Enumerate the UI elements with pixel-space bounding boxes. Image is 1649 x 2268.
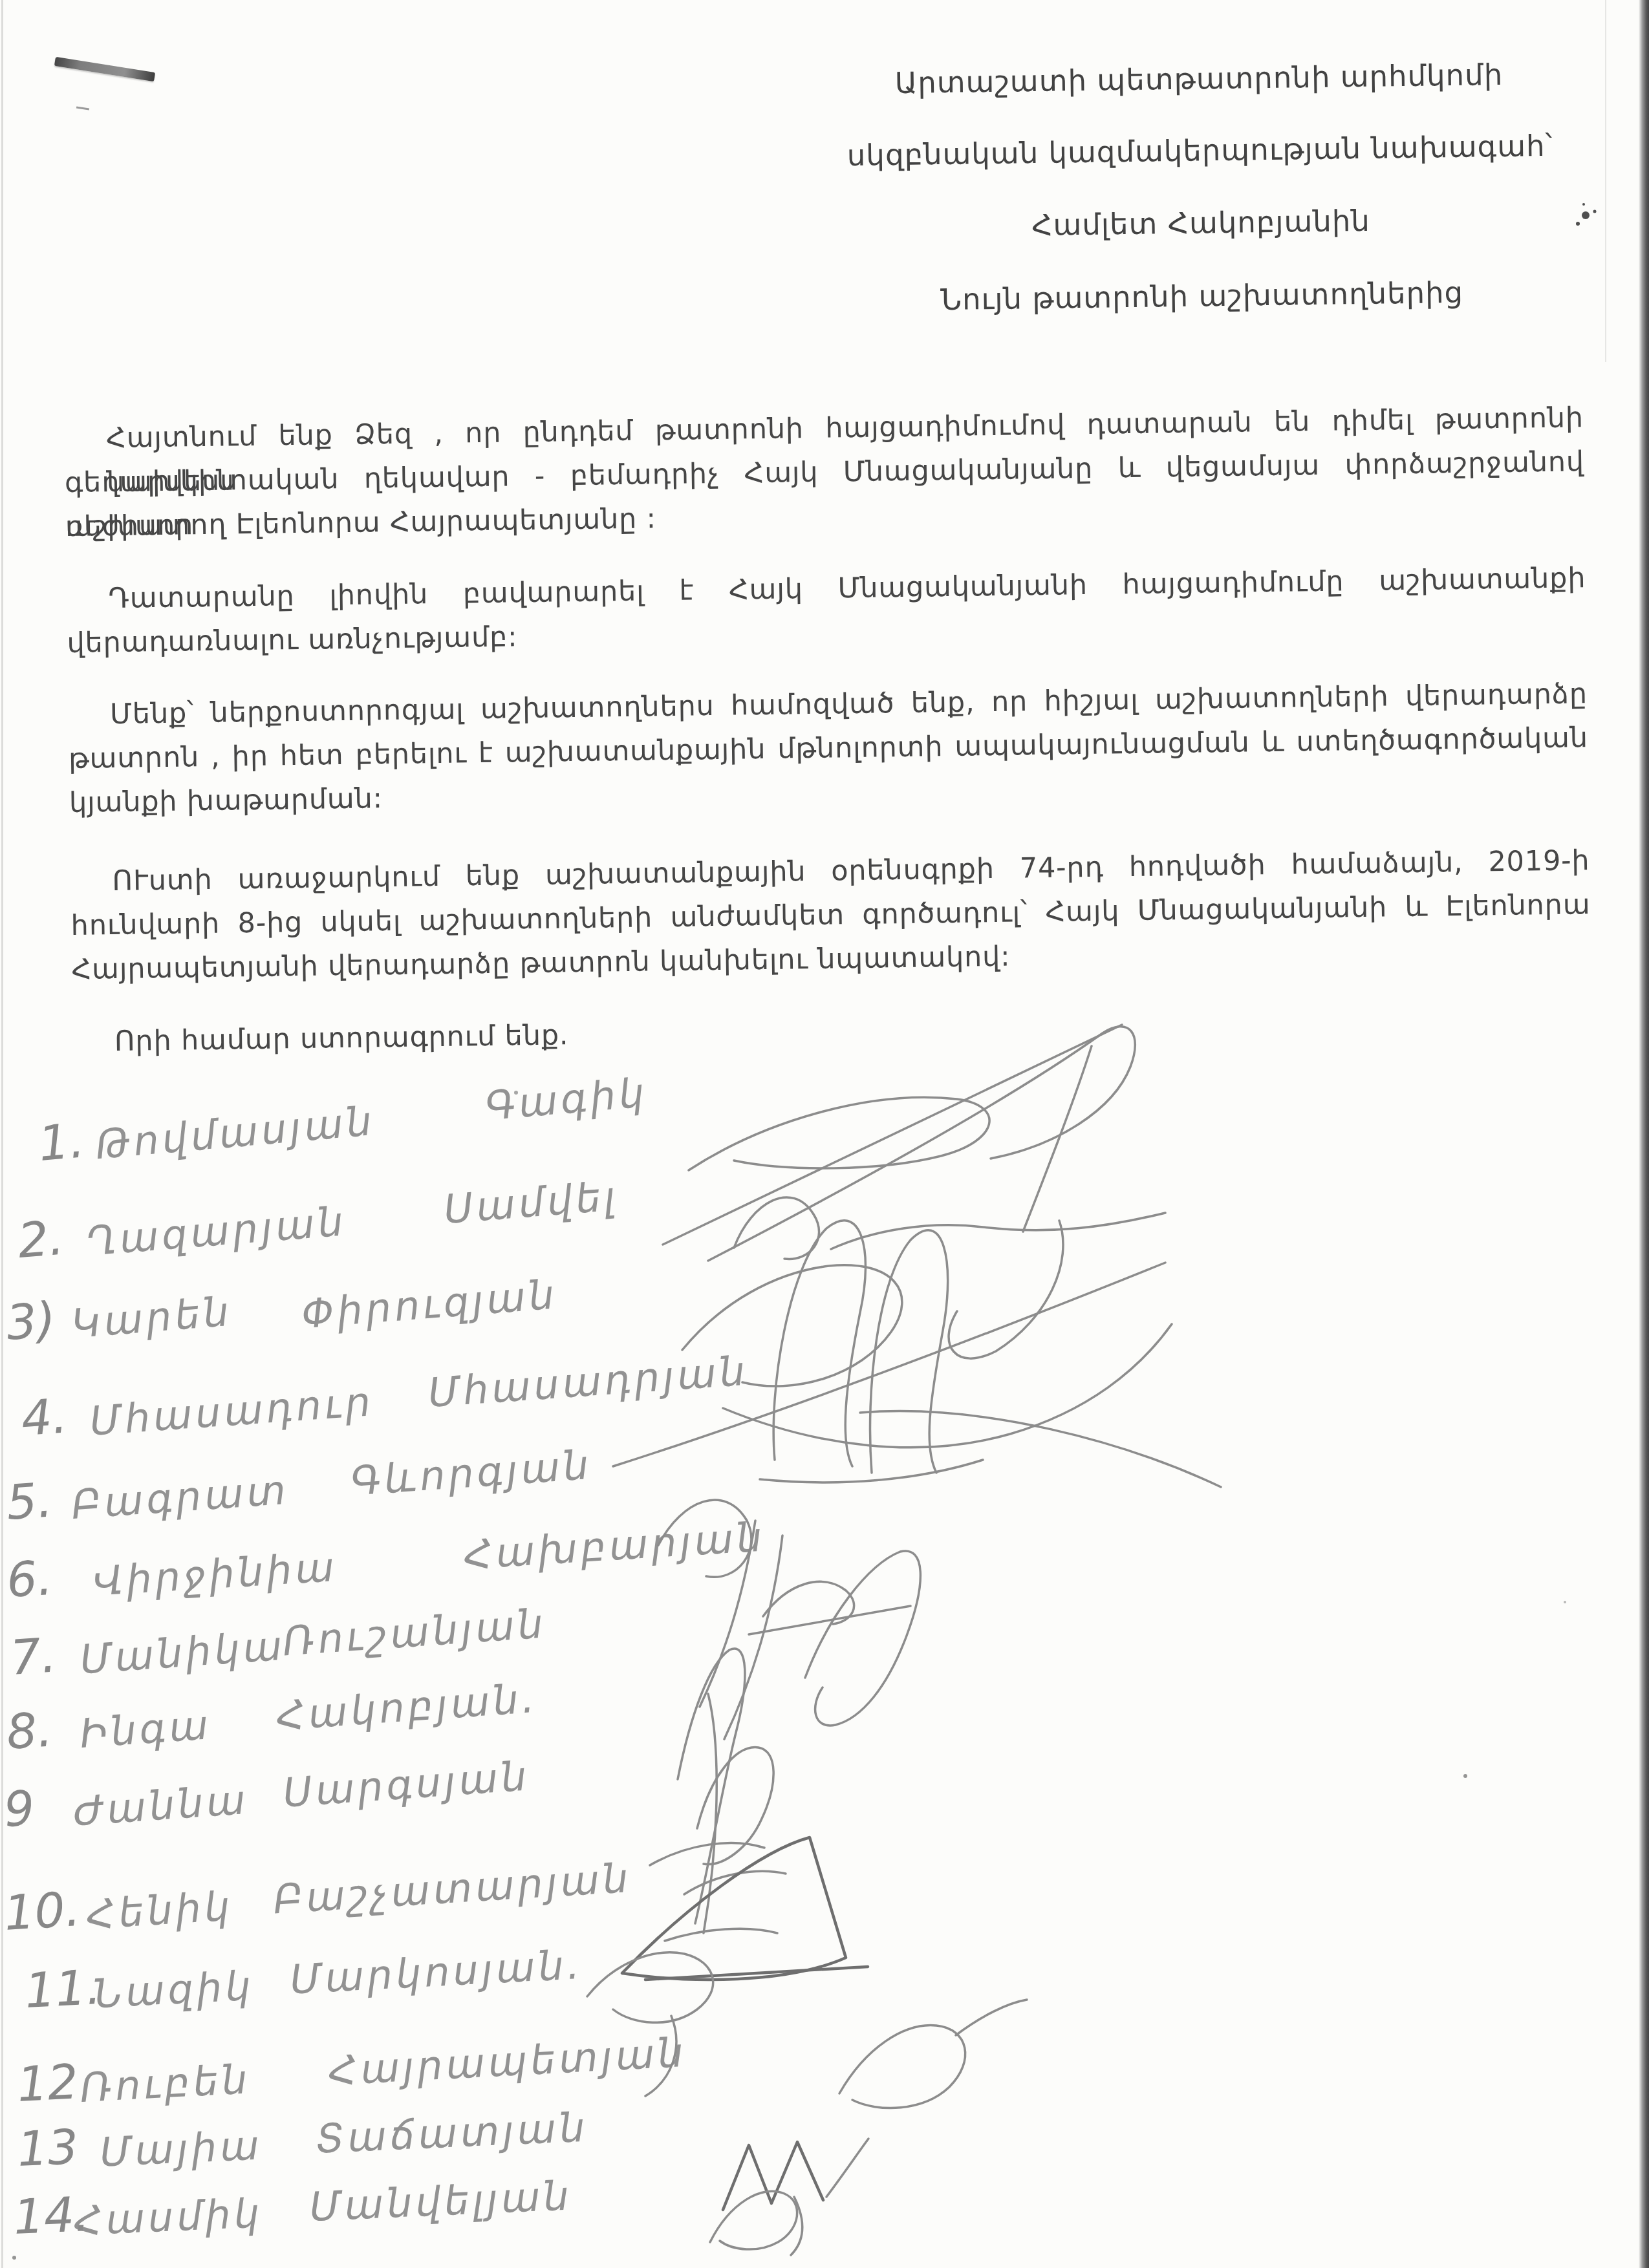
signature-firstname: Մայիա bbox=[99, 2122, 263, 2176]
signature-firstname: Բագրատ bbox=[70, 1466, 290, 1528]
signature-row: 10. Հենիկ Բաշչատարյան bbox=[3, 1848, 633, 1943]
signature-surname: Հակոբյան. bbox=[275, 1674, 539, 1740]
signature-row: 3) Կարեն Փիրուզյան bbox=[5, 1252, 559, 1361]
signature-surname: Բաշչատարյան bbox=[272, 1854, 633, 1923]
signature-surname: Փիրուզյան bbox=[299, 1270, 559, 1338]
signature-surname: Մարկոսյան. bbox=[288, 1941, 583, 2004]
signature-firstname: Նազիկ bbox=[92, 1962, 255, 2018]
signature-number: 9 bbox=[2, 1781, 36, 1838]
signature-number: 7. bbox=[8, 1627, 58, 1686]
signature-firstname: Ժաննա bbox=[72, 1776, 250, 1835]
signature-firstname: Մանիկա bbox=[78, 1621, 286, 1683]
signature-number: 13 bbox=[16, 2119, 80, 2177]
signature-number: 4. bbox=[19, 1388, 69, 1447]
signature-firstname: Վիրջինիա bbox=[92, 1543, 339, 1605]
signature-row: 7. Մանիկա Ռուշանյան bbox=[8, 1593, 548, 1688]
signature-number: 10. bbox=[3, 1881, 82, 1942]
signature-firstname: Գագիկ bbox=[483, 1069, 649, 1130]
signature-number: 6. bbox=[5, 1550, 54, 1609]
signature-firstname: Հասմիկ bbox=[73, 2189, 264, 2245]
signature-surname: Թովմասյան bbox=[94, 1097, 376, 1168]
signature-surname: Տաճատյան bbox=[315, 2104, 589, 2163]
signature-flourish bbox=[622, 1837, 868, 1980]
signature-surname: Մհասադուր bbox=[88, 1378, 375, 1445]
signature-firstname: Հենիկ bbox=[85, 1883, 235, 1939]
signature-flourish bbox=[684, 1748, 786, 1894]
signature-firstname: Ռուբեն bbox=[79, 2055, 252, 2112]
signature-row: 14. Հասմիկ Մանվելյան bbox=[12, 2165, 573, 2247]
signature-surname: Մանվելյան bbox=[308, 2172, 573, 2231]
signature-number: 11. bbox=[23, 1960, 102, 2019]
signature-number: 1. bbox=[36, 1113, 87, 1172]
signature-flourish bbox=[710, 2191, 803, 2255]
signature-row: 2. Ղազարյան Սամվել bbox=[16, 1166, 621, 1270]
signature-flourish bbox=[663, 1025, 1135, 1261]
signatures-area: 1. Թովմասյան Գագիկ 2. Ղազարյան Սամվել 3)… bbox=[0, 0, 1649, 2268]
signature-row: 12 Ռուբեն Հայրապետյան bbox=[16, 2022, 687, 2115]
signature-surname: Սարգսյան bbox=[281, 1752, 531, 1816]
signature-number: 12 bbox=[16, 2054, 80, 2113]
signature-row: 1. Թովմասյան Գագիկ bbox=[36, 1064, 650, 1173]
signature-number: 2. bbox=[16, 1210, 66, 1269]
signature-firstname: Կարեն bbox=[70, 1288, 234, 1347]
scanned-page: Արտաշատի պետթատրոնի արհմկոմի սկզբնական կ… bbox=[0, 0, 1649, 2268]
signature-surname: Հայրապետյան bbox=[327, 2029, 687, 2095]
signature-number: 5. bbox=[5, 1472, 54, 1531]
signature-number: 3) bbox=[5, 1292, 58, 1351]
signature-flourish bbox=[839, 2000, 1027, 2108]
signature-flourish bbox=[805, 1551, 920, 1726]
signature-surname: Ղազարյան bbox=[85, 1197, 349, 1265]
signature-surname: Հախբարյան bbox=[462, 1513, 766, 1578]
signature-firstname: Սամվել bbox=[442, 1172, 620, 1233]
signature-row: 9 Ժաննա Սարգսյան bbox=[2, 1746, 531, 1840]
signature-surname: Ռուշանյան bbox=[281, 1599, 548, 1665]
signature-row: 5. Բագրատ Գևորգյան bbox=[5, 1435, 593, 1533]
signature-number: 8. bbox=[5, 1702, 54, 1760]
signature-surname: Գևորգյան bbox=[349, 1441, 593, 1505]
signature-row: 4. Մհասադուր Մհասադրյան bbox=[19, 1341, 749, 1450]
signature-firstname: Մհասադրյան bbox=[426, 1347, 749, 1417]
signature-row: 11. Նազիկ Մարկոսյան. bbox=[23, 1934, 584, 2021]
signature-firstname: Ինգա bbox=[78, 1701, 213, 1757]
